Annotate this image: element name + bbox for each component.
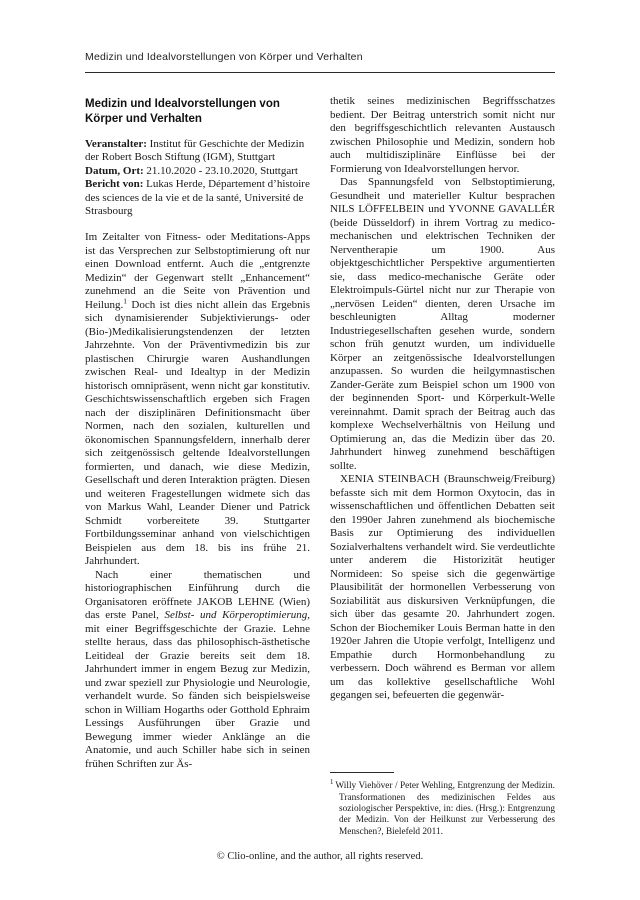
footnote-block: 1Willy Viehöver / Peter Wehling, Entgren…	[330, 772, 555, 838]
page-body: Medizin und Idealvorstellungen von Körpe…	[85, 95, 555, 838]
body-paragraph: Das Spannungsfeld von Selbstoptimierung,…	[330, 176, 555, 473]
right-column: thetik seines medizinischen Begriffsscha…	[330, 95, 555, 838]
running-head: Medizin und Idealvorstellungen von Körpe…	[85, 51, 555, 63]
metadata-block: Veranstalter: Institut für Geschichte de…	[85, 138, 310, 218]
body-paragraph: Im Zeitalter von Fitness- oder Meditatio…	[85, 231, 310, 569]
copyright-footer: © Clio-online, and the author, all right…	[0, 851, 640, 862]
meta-line: Veranstalter: Institut für Geschichte de…	[85, 138, 310, 165]
right-column-text: thetik seines medizinischen Begriffsscha…	[330, 95, 555, 703]
body-paragraph: thetik seines medizinischen Begriffsscha…	[330, 95, 555, 176]
document-page: Medizin und Idealvorstellungen von Körpe…	[0, 0, 640, 900]
left-column: Medizin und Idealvorstellungen von Körpe…	[85, 95, 310, 838]
article-title: Medizin und Idealvorstellungen von Körpe…	[85, 97, 310, 126]
footnote-text: Willy Viehöver / Peter Wehling, Entgrenz…	[335, 782, 555, 837]
meta-line: Datum, Ort: 21.10.2020 - 23.10.2020, Stu…	[85, 165, 310, 178]
body-paragraph: XENIA STEINBACH (Braunschweig/Freiburg) …	[330, 473, 555, 703]
footnote: 1Willy Viehöver / Peter Wehling, Entgren…	[330, 777, 555, 838]
header-rule	[85, 72, 555, 73]
footnote-marker: 1	[330, 779, 333, 786]
footnote-rule	[330, 772, 394, 773]
meta-line: Bericht von: Lukas Herde, Département d’…	[85, 178, 310, 218]
body-paragraph: Nach einer thematischen und historiograp…	[85, 569, 310, 772]
left-column-text: Im Zeitalter von Fitness- oder Meditatio…	[85, 231, 310, 771]
